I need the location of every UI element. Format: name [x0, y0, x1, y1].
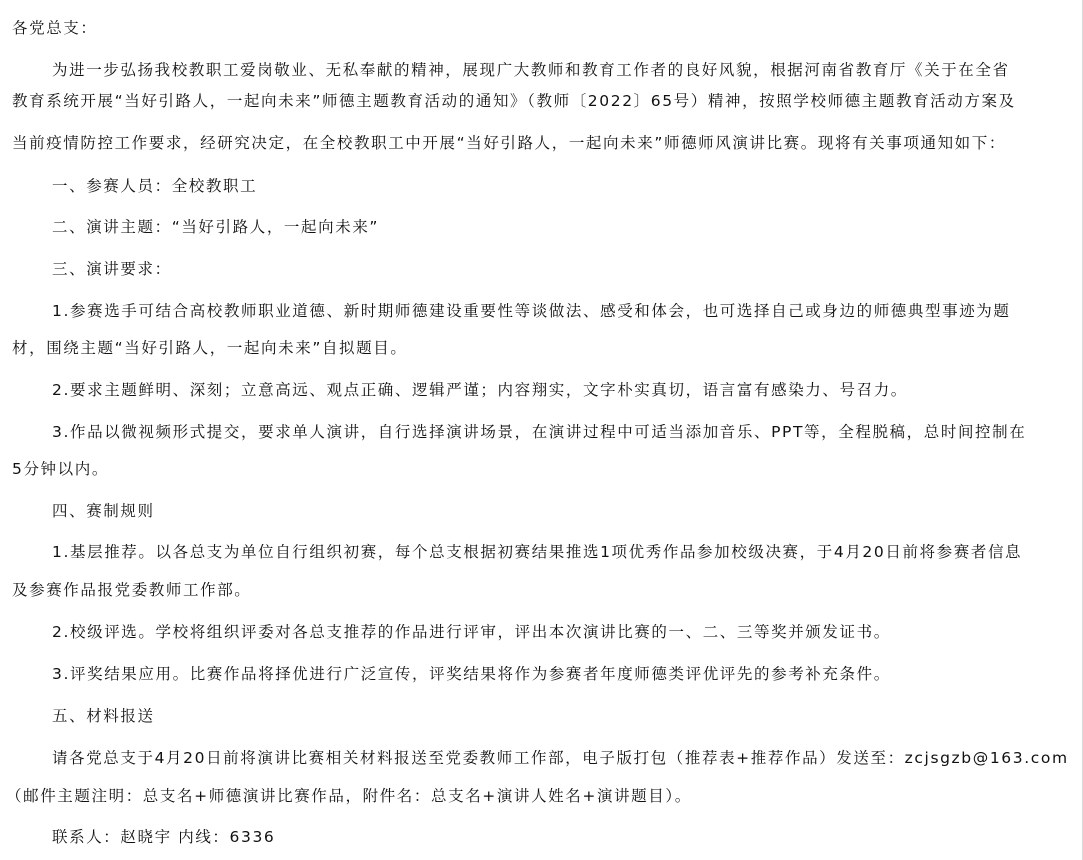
requirement-1-line-2: 材，围绕主题“当好引路人，一起向未来”自拟题目。	[12, 338, 407, 358]
requirement-1-line-1: 1.参赛选手可结合高校教师职业道德、新时期师德建设重要性等谈做法、感受和体会，也…	[52, 301, 1011, 321]
contact-info: 联系人：赵晓宇 内线：6336	[52, 827, 275, 847]
rule-1-line-1: 1.基层推荐。以各总支为单位自行组织初赛，每个总支根据初赛结果推选1项优秀作品参…	[52, 542, 1022, 562]
submission-line-1: 请各党总支于4月20日前将演讲比赛相关材料报送至党委教师工作部，电子版打包（推荐…	[52, 748, 1069, 768]
submission-line-2: （邮件主题注明：总支名+师德演讲比赛作品，附件名：总支名+演讲人姓名+演讲题目）…	[6, 786, 692, 806]
section-submission-heading: 五、材料报送	[52, 706, 155, 726]
rule-2: 2.校级评选。学校将组织评委对各总支推荐的作品进行评审，评出本次演讲比赛的一、二…	[52, 622, 891, 642]
requirement-3-line-1: 3.作品以微视频形式提交，要求单人演讲，自行选择演讲场景，在演讲过程中可适当添加…	[52, 422, 1026, 442]
rule-3: 3.评奖结果应用。比赛作品将择优进行广泛宣传，评奖结果将作为参赛者年度师德类评优…	[52, 664, 891, 684]
requirement-3-line-2: 5分钟以内。	[12, 459, 109, 479]
intro-line-1: 为进一步弘扬我校教职工爱岗敬业、无私奉献的精神，展现广大教师和教育工作者的良好风…	[52, 60, 1010, 80]
section-requirements-heading: 三、演讲要求：	[52, 259, 172, 279]
salutation: 各党总支：	[12, 18, 98, 38]
section-theme: 二、演讲主题：“当好引路人，一起向未来”	[52, 217, 379, 237]
intro-line-3: 当前疫情防控工作要求，经研究决定，在全校教职工中开展“当好引路人，一起向未来”师…	[12, 133, 1006, 153]
requirement-2: 2.要求主题鲜明、深刻；立意高远、观点正确、逻辑严谨；内容翔实，文字朴实真切，语…	[52, 380, 908, 400]
rule-1-line-2: 及参赛作品报党委教师工作部。	[12, 580, 251, 600]
intro-line-2: 教育系统开展“当好引路人，一起向未来”师德主题教育活动的通知》（教师〔2022〕…	[12, 91, 1016, 111]
section-rules-heading: 四、赛制规则	[52, 501, 155, 521]
section-participants: 一、参赛人员：全校教职工	[52, 176, 257, 196]
